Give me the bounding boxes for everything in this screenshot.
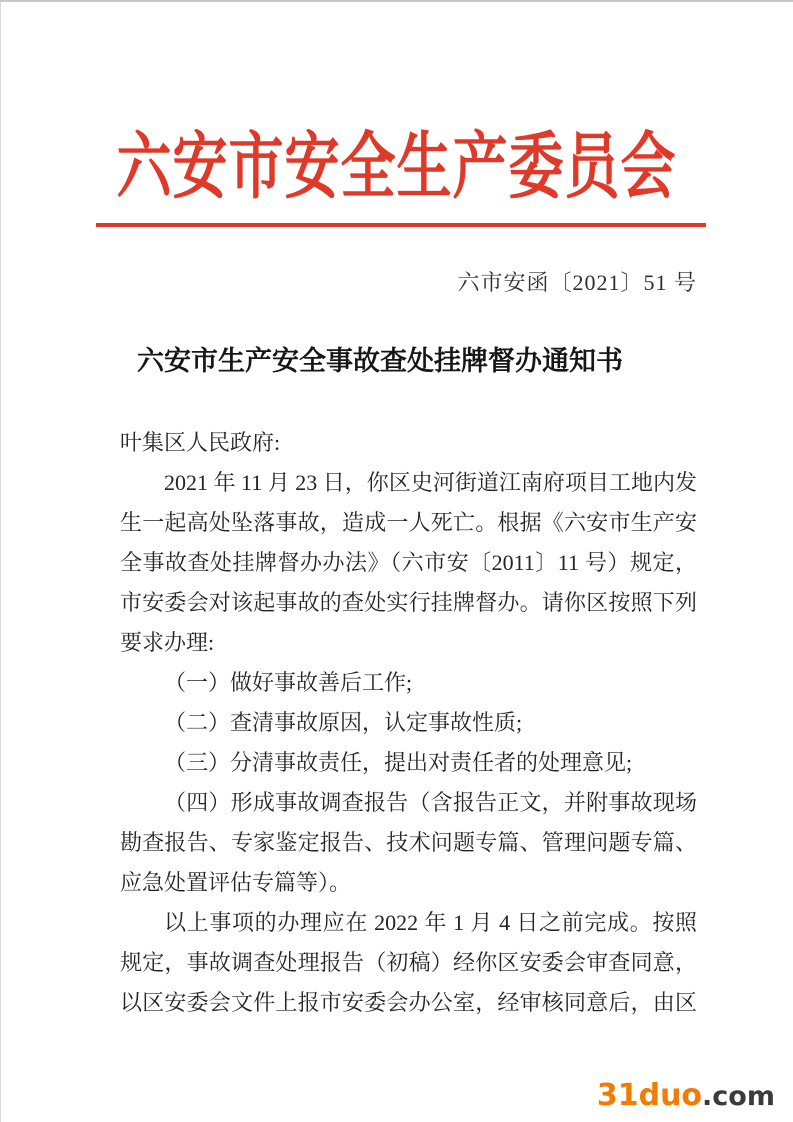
body-line: 以区安委会文件上报市安委会办公室，经审核同意后，由区 xyxy=(120,983,697,1023)
watermark-suffix: .com xyxy=(702,1081,775,1112)
letterhead-org-name: 六安市安全生产委员会 xyxy=(0,131,793,204)
body-line: 全事故查处挂牌督办办法》（六市安〔2011〕11 号）规定， xyxy=(120,543,697,583)
letterhead-divider-line xyxy=(96,223,706,227)
body-line: 生一起高处坠落事故，造成一人死亡。根据《六安市生产安 xyxy=(120,503,697,543)
document-title: 六安市生产安全事故查处挂牌督办通知书 xyxy=(120,339,640,378)
document-page: 六安市安全生产委员会 六市安函〔2021〕51 号 六安市生产安全事故查处挂牌督… xyxy=(0,0,793,1122)
body-line: 2021 年 11 月 23 日，你区史河街道江南府项目工地内发 xyxy=(120,463,697,503)
document-number: 六市安函〔2021〕51 号 xyxy=(457,266,697,297)
scan-artifact-top xyxy=(0,0,793,2)
watermark-brand: 31duo xyxy=(597,1078,702,1113)
body-line: （一）做好事故善后工作; xyxy=(120,663,697,703)
body-line: 叶集区人民政府: xyxy=(120,423,697,463)
watermark: 31duo.com xyxy=(597,1081,775,1111)
body-line: （三）分清事故责任，提出对责任者的处理意见; xyxy=(120,743,697,783)
body-line: 市安委会对该起事故的查处实行挂牌督办。请你区按照下列 xyxy=(120,583,697,623)
body-line: （二）查清事故原因，认定事故性质; xyxy=(120,703,697,743)
body-line: 勘查报告、专家鉴定报告、技术问题专篇、管理问题专篇、 xyxy=(120,823,697,863)
body-line: 以上事项的办理应在 2022 年 1 月 4 日之前完成。按照 xyxy=(120,903,697,943)
body-line: （四）形成事故调查报告（含报告正文，并附事故现场 xyxy=(120,783,697,823)
body-line: 应急处置评估专篇等）。 xyxy=(120,863,697,903)
document-body: 叶集区人民政府:2021 年 11 月 23 日，你区史河街道江南府项目工地内发… xyxy=(120,423,697,1023)
body-line: 要求办理: xyxy=(120,623,697,663)
body-line: 规定，事故调查处理报告（初稿）经你区安委会审查同意， xyxy=(120,943,697,983)
